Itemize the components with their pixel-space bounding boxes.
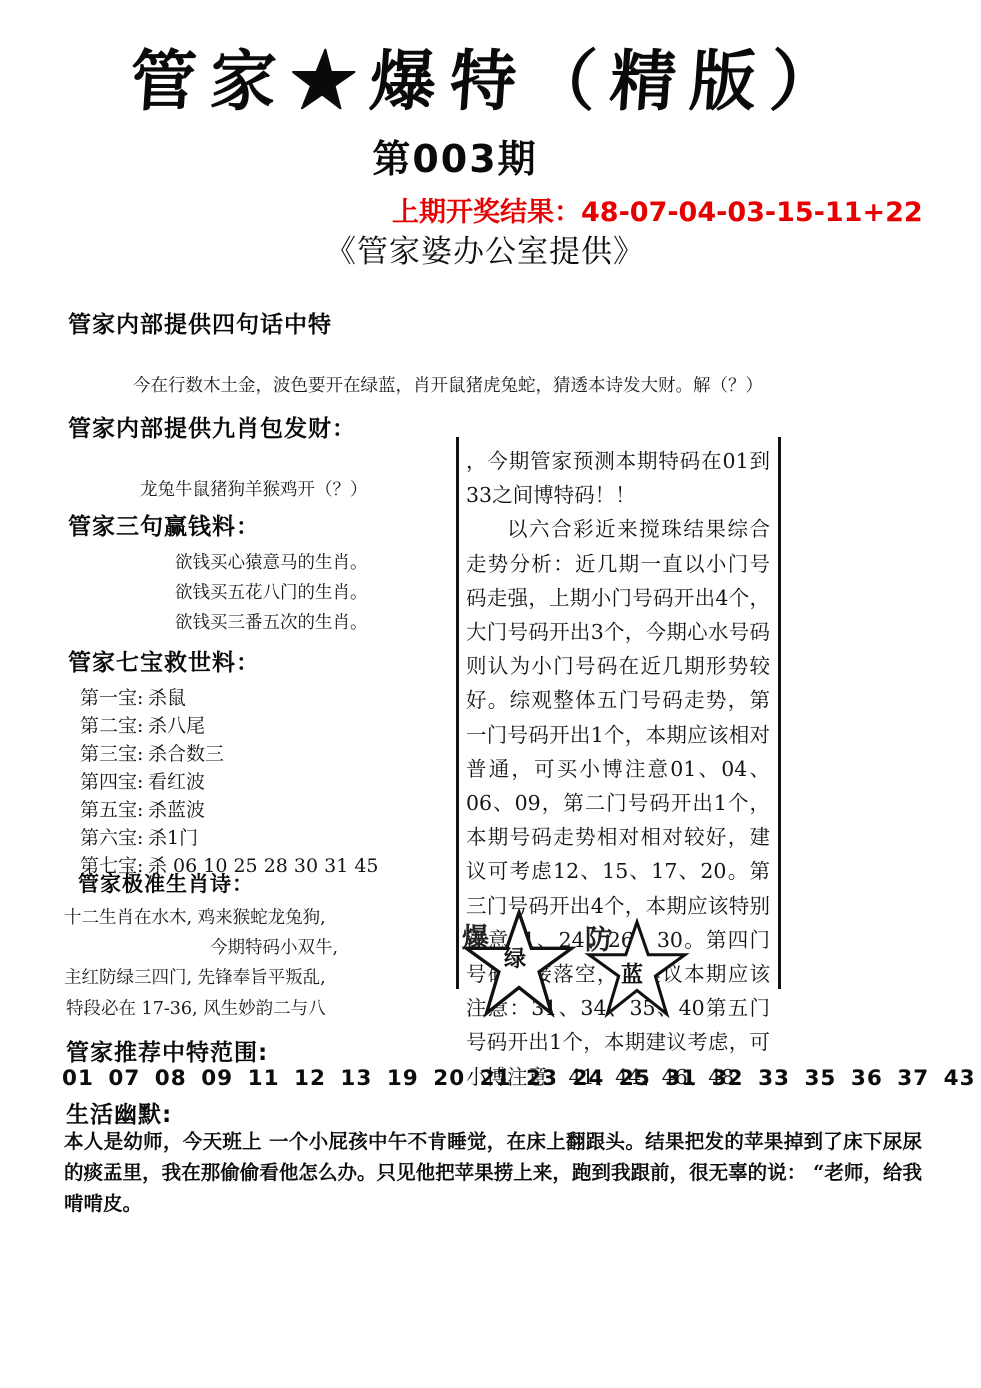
treasure-row: 第一宝:杀鼠	[80, 684, 379, 712]
zodiac-poem-line: 特段必在 17-36, 风生妙韵二与八	[66, 995, 326, 1020]
treasure-label: 第二宝:	[80, 712, 146, 740]
treasure-label: 第六宝:	[80, 824, 146, 852]
nine-zodiac-content: 龙兔牛鼠猪狗羊猴鸡开（？）	[140, 476, 368, 501]
treasure-value: 杀鼠	[148, 684, 186, 712]
section-nine-zodiac-heading: 管家内部提供九肖包发财：	[68, 410, 356, 443]
treasure-row: 第四宝:看红波	[80, 768, 379, 796]
last-result-label: 上期开奖结果：	[392, 197, 581, 228]
treasure-label: 第三宝:	[80, 740, 146, 768]
treasure-row: 第二宝:杀八尾	[80, 712, 379, 740]
analysis-para-1: ，今期管家预测本期特码在01到33之间博特码！！	[466, 444, 770, 512]
column-rule-right	[778, 437, 781, 989]
last-result-line: 上期开奖结果：48-07-04-03-15-11+22	[392, 190, 923, 229]
treasure-label: 第一宝:	[80, 684, 146, 712]
treasure-row: 第六宝:杀1门	[80, 824, 379, 852]
last-result-numbers: 48-07-04-03-15-11+22	[581, 197, 923, 228]
four-lines-poem: 今在行数木土金，波色要开在绿蓝，肖开鼠猪虎兔蛇，猜透本诗发大财。解（？）	[133, 372, 763, 397]
treasure-value: 看红波	[148, 768, 205, 796]
treasure-value: 杀合数三	[148, 740, 224, 768]
section-seven-treasures-heading: 管家七宝救世料：	[68, 644, 260, 677]
column-rule-left	[456, 437, 459, 989]
page-title: 管家★爆特（精版）	[0, 28, 981, 123]
treasure-value: 杀1门	[148, 824, 198, 852]
section-three-lines-heading: 管家三句赢钱料：	[68, 508, 260, 541]
three-lines-list: 欲钱买心猿意马的生肖。 欲钱买五花八门的生肖。 欲钱买三番五次的生肖。	[175, 548, 368, 638]
treasure-row: 第三宝:杀合数三	[80, 740, 379, 768]
humor-heading: 生活幽默:	[66, 1096, 172, 1129]
blue-star-char: 蓝	[621, 958, 643, 989]
green-star-char: 绿	[504, 942, 526, 973]
issue-number: 第003期	[0, 128, 910, 183]
three-lines-item: 欲钱买心猿意马的生肖。	[175, 548, 368, 578]
three-lines-item: 欲钱买五花八门的生肖。	[175, 578, 368, 608]
treasure-label: 第四宝:	[80, 768, 146, 796]
blue-star-icon: 蓝	[583, 918, 691, 1020]
page: 管家★爆特（精版） 第003期 上期开奖结果：48-07-04-03-15-11…	[0, 0, 981, 1388]
green-star-icon: 绿	[458, 908, 580, 1020]
treasure-value: 杀蓝波	[148, 796, 205, 824]
treasure-label: 第五宝:	[80, 796, 146, 824]
seven-treasures-list: 第一宝:杀鼠 第二宝:杀八尾 第三宝:杀合数三 第四宝:看红波 第五宝:杀蓝波 …	[80, 684, 379, 880]
three-lines-item: 欲钱买三番五次的生肖。	[175, 608, 368, 638]
section-four-lines-heading: 管家内部提供四句话中特	[68, 306, 332, 339]
treasure-row: 第五宝:杀蓝波	[80, 796, 379, 824]
section-zodiac-poem-heading: 管家极准生肖诗：	[78, 868, 254, 898]
recommend-heading: 管家推荐中特范围:	[66, 1034, 268, 1067]
zodiac-poem-line: 十二生肖在水木, 鸡来猴蛇龙兔狗,	[64, 904, 326, 929]
treasure-value: 杀八尾	[148, 712, 205, 740]
recommend-numbers: 01 07 08 09 11 12 13 19 20 21 23 24 25 3…	[62, 1066, 981, 1091]
zodiac-poem-line: 今期特码小双牛,	[210, 934, 338, 959]
humor-text: 本人是幼师，今天班上 一个小屁孩中午不肯睡觉，在床上翻跟头。结果把发的苹果掉到了…	[64, 1126, 922, 1219]
provider-line: 《管家婆办公室提供》	[325, 226, 645, 271]
zodiac-poem-line: 主红防绿三四门, 先锋奉旨平叛乱,	[64, 964, 326, 989]
